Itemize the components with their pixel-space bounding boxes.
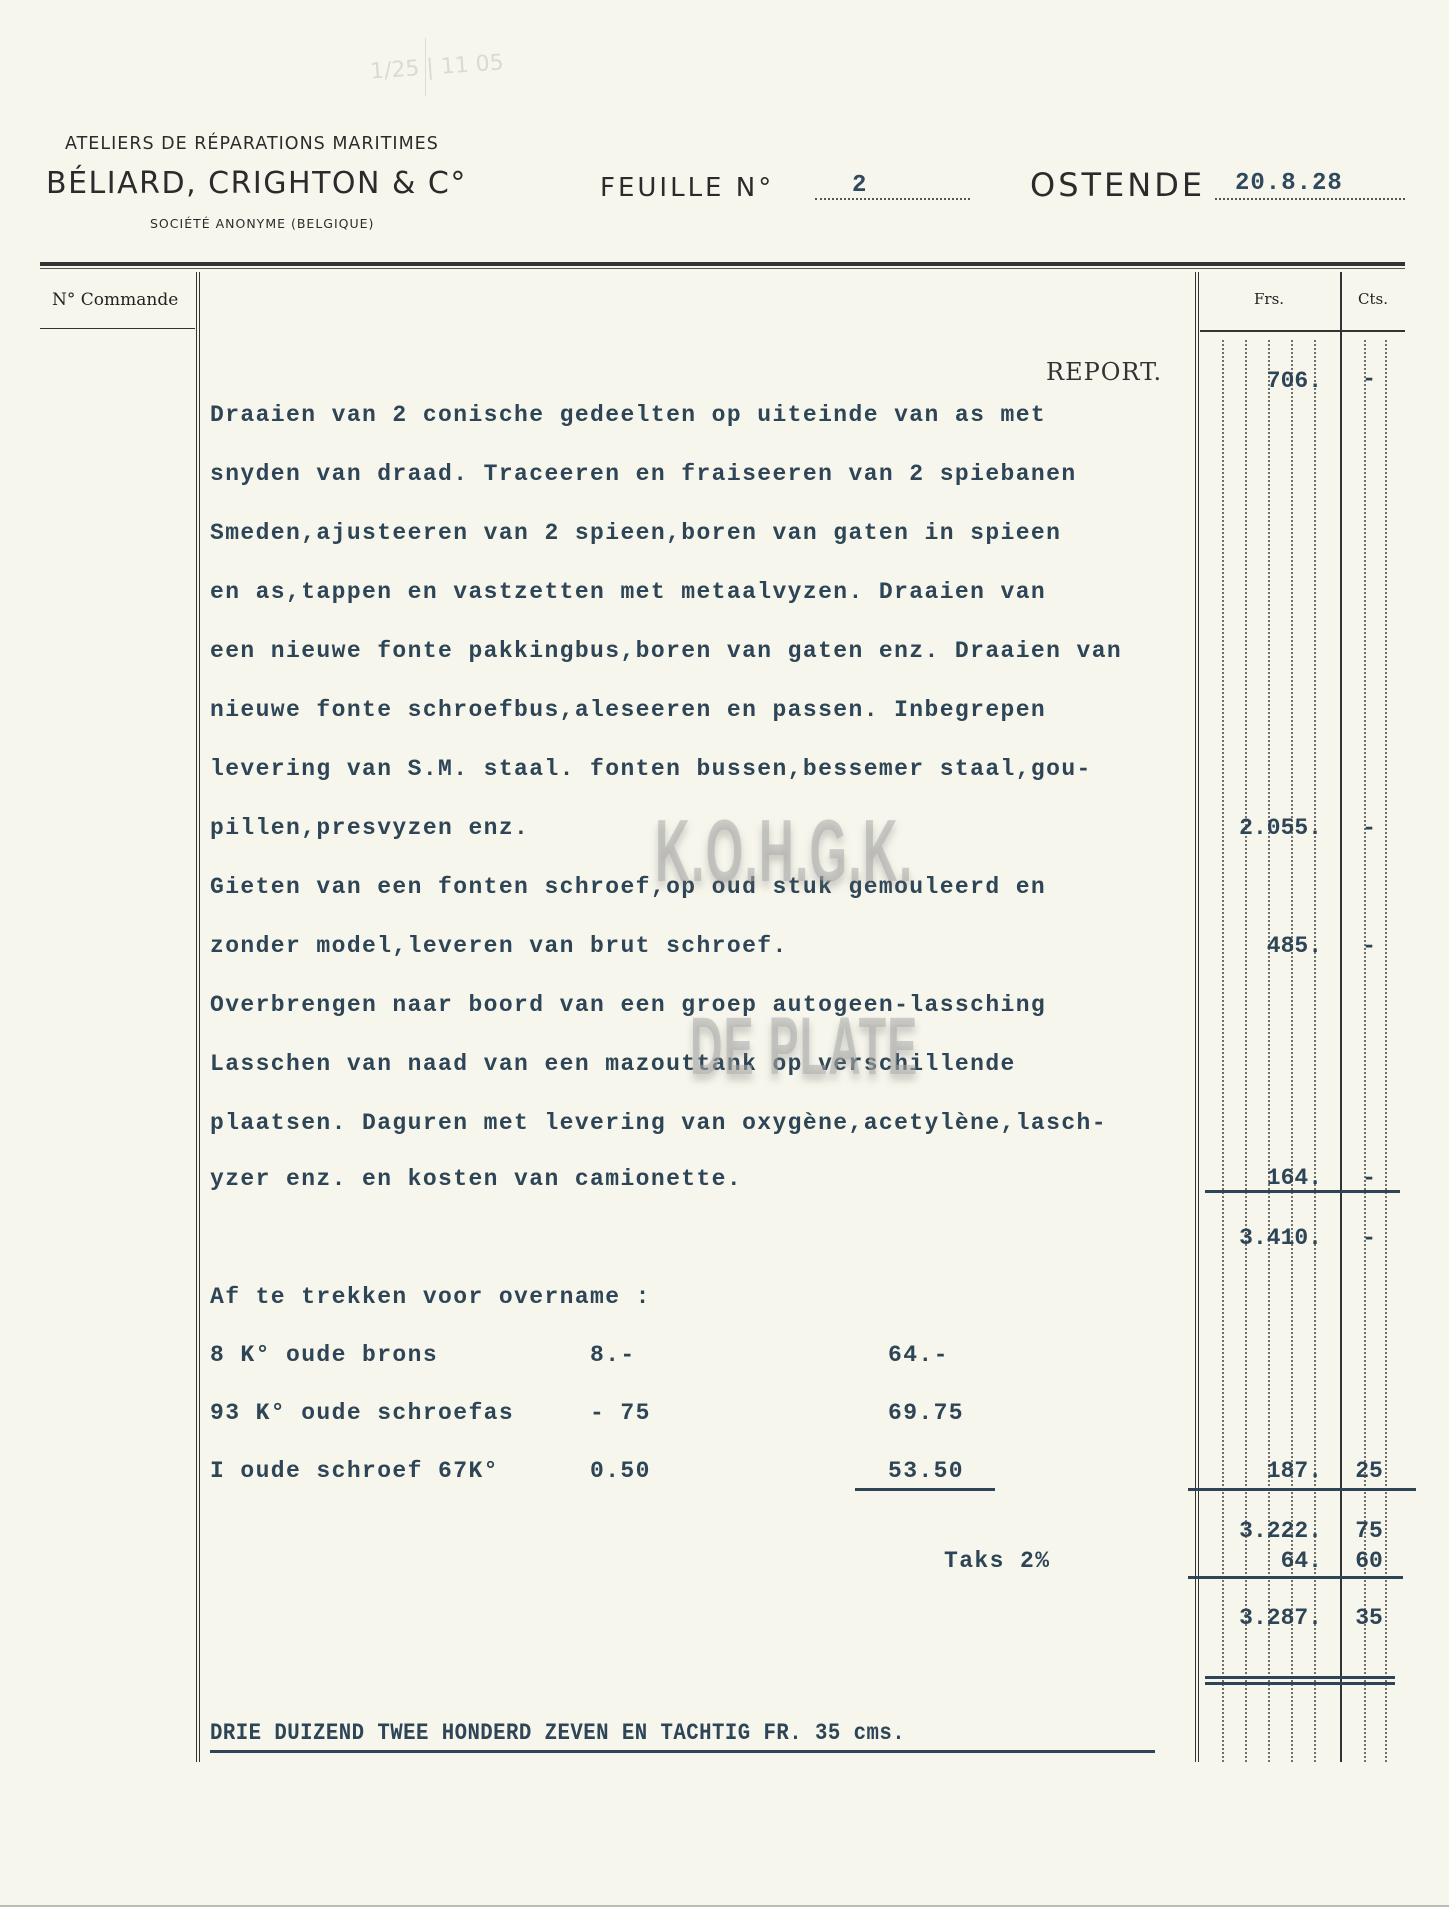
subtotal-cents: -: [1340, 1225, 1398, 1251]
description-line: Overbrengen naar boord van een groep aut…: [210, 992, 1046, 1018]
order-column-divider-2: [199, 272, 200, 1762]
report-cents: -: [1340, 366, 1398, 392]
deduction-unit-price: 0.50: [590, 1458, 651, 1484]
tax-cents: 60: [1340, 1548, 1398, 1574]
cents-column-header: Cts.: [1358, 290, 1388, 308]
description-line: en as,tappen en vastzetten met metaalvyz…: [210, 579, 1046, 605]
report-francs: 706.: [1200, 368, 1322, 394]
report-label: REPORT.: [1046, 358, 1162, 386]
item-2-francs: 485.: [1200, 933, 1322, 959]
net-rule: [1188, 1488, 1416, 1491]
item-3-francs: 164.: [1200, 1165, 1322, 1191]
tax-francs: 64.: [1200, 1548, 1322, 1574]
description-line: Smeden,ajusteeren van 2 spieen,boren van…: [210, 520, 1061, 546]
header-rule: [40, 262, 1405, 266]
order-column-divider: [196, 272, 197, 1762]
company-legal-form: SOCIÉTÉ ANONYME (BELGIQUE): [150, 216, 374, 231]
description-line: nieuwe fonte schroefbus,aleseeren en pas…: [210, 697, 1046, 723]
sheet-number-dotted-line: [815, 198, 970, 200]
amount-column-divider: [1195, 272, 1196, 1762]
invoice-sheet: 1/25 | 11 05 ATELIERS DE RÉPARATIONS MAR…: [0, 0, 1449, 1907]
tax-label: Taks 2%: [944, 1548, 1050, 1574]
net-francs: 3.222.: [1200, 1518, 1322, 1544]
deduction-desc: 8 K° oude brons: [210, 1342, 438, 1368]
amount-in-words-underline: [210, 1750, 1155, 1753]
deduction-desc: 93 K° oude schroefas: [210, 1400, 514, 1426]
description-line: pillen,presvyzen enz.: [210, 815, 529, 841]
net-cents: 75: [1340, 1518, 1398, 1544]
sheet-number-label: FEUILLE N°: [600, 173, 774, 203]
deduction-amount: 64.-: [888, 1342, 949, 1368]
grand-total-francs: 3.287.: [1200, 1605, 1322, 1631]
description-line: Draaien van 2 conische gedeelten op uite…: [210, 402, 1046, 428]
watermark-bottom: DE PLATE: [690, 1000, 918, 1094]
grand-total-cents: 35: [1340, 1605, 1398, 1631]
letterhead-subtitle: ATELIERS DE RÉPARATIONS MARITIMES: [65, 134, 439, 154]
order-column-rule: [40, 328, 195, 329]
header-rule-thin: [40, 268, 1405, 269]
deduction-total-cents: 25: [1340, 1458, 1398, 1484]
description-line: Gieten van een fonten schroef,op oud stu…: [210, 874, 1046, 900]
deduction-unit-price: 8.-: [590, 1342, 636, 1368]
description-line: plaatsen. Daguren met levering van oxygè…: [210, 1110, 1107, 1136]
description-line: snyden van draad. Traceeren en fraiseere…: [210, 461, 1077, 487]
double-rule: [1205, 1676, 1395, 1679]
deduction-amount: 69.75: [888, 1400, 964, 1426]
deduction-unit-price: - 75: [590, 1400, 651, 1426]
subtotal-rule: [1205, 1190, 1400, 1193]
watermark-top: K.O.H.G.K.: [655, 800, 913, 902]
date-dotted-line: [1215, 198, 1405, 200]
order-number-column-header: N° Commande: [52, 290, 178, 310]
item-3-cents: -: [1340, 1165, 1398, 1191]
description-line: levering van S.M. staal. fonten bussen,b…: [210, 756, 1092, 782]
francs-header-rule: [1200, 330, 1340, 332]
description-line: yzer enz. en kosten van camionette.: [210, 1166, 742, 1192]
deduction-sum-rule: [855, 1488, 995, 1491]
amount-column-divider-2: [1198, 272, 1199, 1762]
deduction-amount: 53.50: [888, 1458, 964, 1484]
place-label: OSTENDE: [1030, 166, 1205, 204]
description-line: zonder model,leveren van brut schroef.: [210, 933, 788, 959]
sheet-number: 2: [852, 172, 866, 199]
company-name: BÉLIARD, CRIGHTON & C°: [46, 166, 467, 201]
deduction-heading: Af te trekken voor overname :: [210, 1284, 651, 1310]
scan-background: [0, 1907, 1449, 1920]
description-line: een nieuwe fonte pakkingbus,boren van ga…: [210, 638, 1122, 664]
amount-in-words: DRIE DUIZEND TWEE HONDERD ZEVEN EN TACHT…: [210, 1720, 905, 1746]
item-1-francs: 2.055.: [1200, 815, 1322, 841]
grand-total-rule: [1188, 1576, 1403, 1579]
deduction-desc: I oude schroef 67K°: [210, 1458, 499, 1484]
invoice-date: 20.8.28: [1235, 170, 1343, 197]
pencil-annotation: 1/25 | 11 05: [369, 50, 504, 84]
subtotal-francs: 3.410.: [1200, 1225, 1322, 1251]
item-2-cents: -: [1340, 933, 1398, 959]
francs-column-header: Frs.: [1254, 290, 1284, 308]
double-rule: [1205, 1682, 1395, 1685]
deduction-total-francs: 187.: [1200, 1458, 1322, 1484]
item-1-cents: -: [1340, 815, 1398, 841]
cents-header-rule: [1342, 330, 1405, 332]
